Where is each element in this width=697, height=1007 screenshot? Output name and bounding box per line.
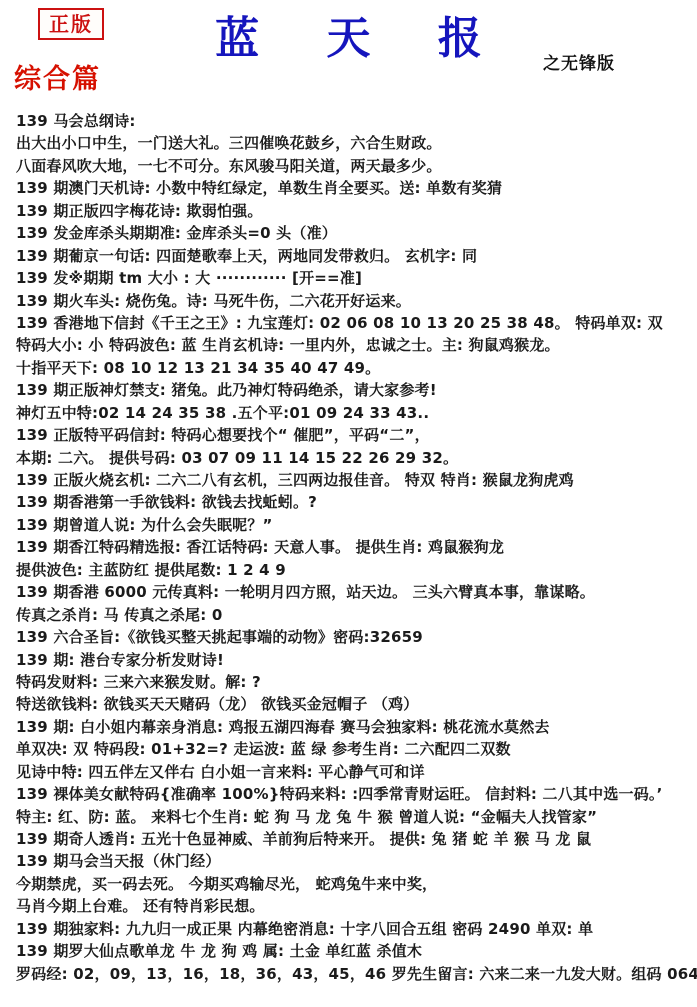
text-line: 出大出小口中生，一门送大礼。三四催唤花鼓乡，六合生财政。 (16, 132, 693, 154)
text-line: 139 期: 港台专家分析发财诗! (16, 649, 693, 671)
text-line: 139 六合圣旨:《欲钱买整天挑起事端的动物》密码:32659 (16, 626, 693, 648)
text-line: 罗码经: 02，09，13，16，18，36，43，45，46 罗先生留言: 六… (16, 963, 693, 985)
text-line: 139 香港地下信封《千王之王》: 九宝莲灯: 02 06 08 10 13 2… (16, 312, 693, 334)
text-line: 139 期火车头: 烧伤兔。诗: 马死牛伤，二六花开好运来。 (16, 290, 693, 312)
text-line: 139 正版火烧玄机: 二六二八有玄机，三四两边报佳音。 特双 特肖: 猴鼠龙狗… (16, 469, 693, 491)
text-line: 马肖今期上台难。 还有特肖彩民想。 (16, 895, 693, 917)
text-line: 单双决: 双 特码段: 01+32=? 走运波: 蓝 绿 参考生肖: 二六配四二… (16, 738, 693, 760)
text-line: 139 期马会当天报（休门经） (16, 850, 693, 872)
text-line: 139 期香港 6000 元传真料: 一轮明月四方照，站天边。 三头六臂真本事，… (16, 581, 693, 603)
text-line: 139 正版特平码信封: 特码心想要找个“ 催肥”，平码“二”， (16, 424, 693, 446)
text-line: 见诗中特: 四五伴左又伴右 白小姐一言来料: 平心静气可和详 (16, 761, 693, 783)
text-line: 本期: 二六。 提供号码: 03 07 09 11 14 15 22 26 29… (16, 447, 693, 469)
text-line: 139 期独家料: 九九归一成正果 内幕绝密消息: 十字八回合五组 密码 249… (16, 918, 693, 940)
text-line: 139 发金库杀头期期准: 金库杀头=0 头（准） (16, 222, 693, 244)
text-line: 特主: 红、防: 蓝。 来料七个生肖: 蛇 狗 马 龙 兔 牛 猴 曾道人说: … (16, 806, 693, 828)
text-line: 139 期香江特码精选报: 香江话特码: 天意人事。 提供生肖: 鸡鼠猴狗龙 (16, 536, 693, 558)
edition-subtitle: 之无锋版 (543, 49, 615, 74)
text-line: 139 期: 白小姐内幕亲身消息: 鸡报五湖四海春 赛马会独家料: 桃花流水莫然… (16, 716, 693, 738)
text-line: 今期禁虎，买一码去死。 今期买鸡输尽光， 蛇鸡兔牛来中奖， (16, 873, 693, 895)
section-heading: 综合篇 (14, 57, 101, 96)
text-line: 特码发财料: 三来六来猴发财。解: ? (16, 671, 693, 693)
text-line: 139 期香港第一手欲钱料: 欲钱去找蚯蚓。? (16, 491, 693, 513)
text-line: 139 期奇人透肖: 五光十色显神威、羊前狗后特来开。 提供: 兔 猪 蛇 羊 … (16, 828, 693, 850)
text-line: 139 期葡京一句话: 四面楚歌奉上天，两地同发带救归。 玄机字: 同 (16, 245, 693, 267)
text-line: 139 期罗大仙点歌单龙 牛 龙 狗 鸡 属: 土金 单红蓝 杀值木 (16, 940, 693, 962)
text-line: 139 发※期期 tm 大小 : 大 ············ [开==准] (16, 267, 693, 289)
text-line: 特码大小: 小 特码波色: 蓝 生肖玄机诗: 一里内外，忠诚之士。主: 狗鼠鸡猴… (16, 334, 693, 356)
text-line: 139 期曾道人说: 为什么会失眠呢？” (16, 514, 693, 536)
text-line: 139 期正版神灯禁支: 猪兔。此乃神灯特码绝杀，请大家参考! (16, 379, 693, 401)
report-body: 139 马会总纲诗:出大出小口中生，一门送大礼。三四催唤花鼓乡，六合生财政。八面… (16, 110, 693, 985)
text-line: 十指平天下: 08 10 12 13 21 34 35 40 47 49。 (16, 357, 693, 379)
text-line: 提供波色: 主蓝防红 提供尾数: 1 2 4 9 (16, 559, 693, 581)
text-line: 八面春风吹大地，一七不可分。东风骏马阳关道，两天最多少。 (16, 155, 693, 177)
text-line: 139 期正版四字梅花诗: 欺弱怕强。 (16, 200, 693, 222)
text-line: 特送欲钱料: 欲钱买天天赌码（龙） 欲钱买金冠帽子 （鸡） (16, 693, 693, 715)
text-line: 139 马会总纲诗: (16, 110, 693, 132)
text-line: 神灯五中特:02 14 24 35 38 .五个平:01 09 24 33 43… (16, 402, 693, 424)
text-line: 139 期澳门天机诗: 小数中特红绿定，单数生肖全要买。送: 单数有奖猜 (16, 177, 693, 199)
text-line: 139 裸体美女献特码{准确率 100%}特码来料: :四季常青财运旺。 信封料… (16, 783, 693, 805)
text-line: 传真之杀肖: 马 传真之杀尾: 0 (16, 604, 693, 626)
